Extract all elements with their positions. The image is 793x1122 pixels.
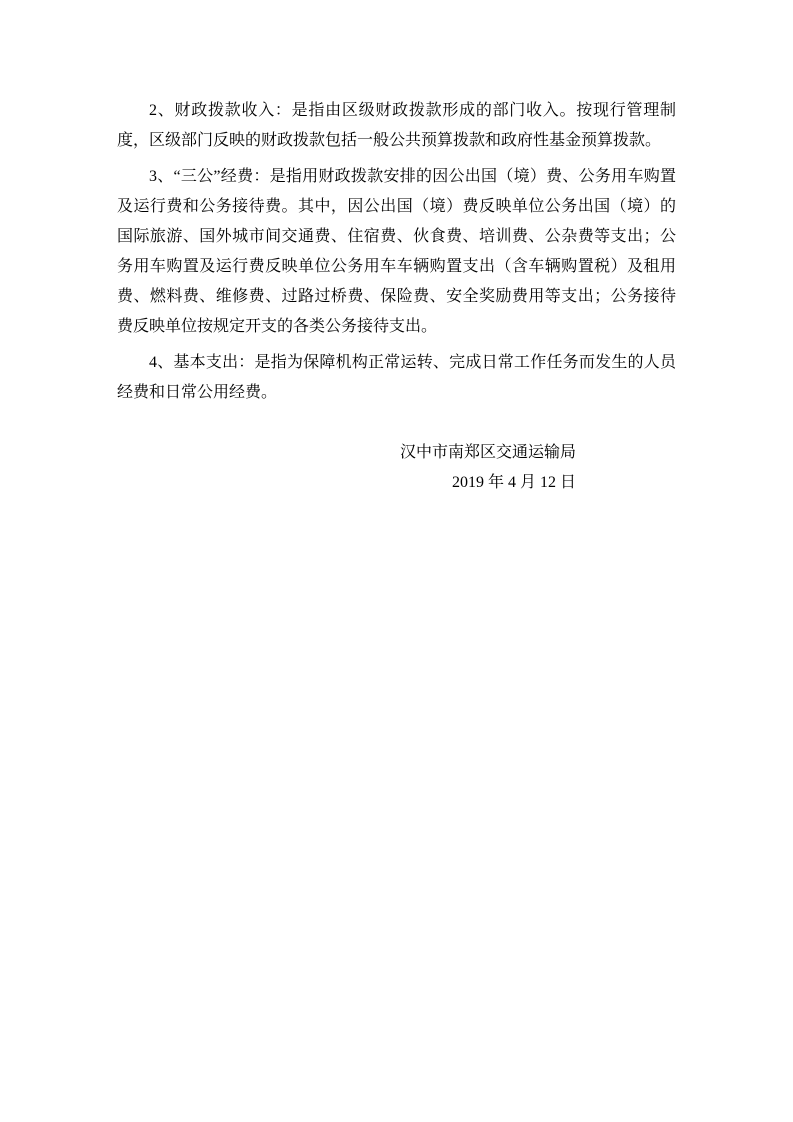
document-page: 2、财政拨款收入：是指由区级财政拨款形成的部门收入。按现行管理制度，区级部门反映…	[0, 0, 793, 1122]
signature-date: 2019 年 4 月 12 日	[117, 468, 576, 498]
signature-block: 汉中市南郑区交通运输局 2019 年 4 月 12 日	[117, 438, 676, 498]
body-paragraph-three-public-expenses: 3、“三公”经费：是指用财政拨款安排的因公出国（境）费、公务用车购置及运行费和公…	[117, 162, 676, 342]
body-paragraph-fiscal-appropriation-income: 2、财政拨款收入：是指由区级财政拨款形成的部门收入。按现行管理制度，区级部门反映…	[117, 96, 676, 156]
body-paragraph-basic-expenditure: 4、基本支出：是指为保障机构正常运转、完成日常工作任务而发生的人员经费和日常公用…	[117, 348, 676, 408]
signature-organization: 汉中市南郑区交通运输局	[117, 438, 576, 468]
